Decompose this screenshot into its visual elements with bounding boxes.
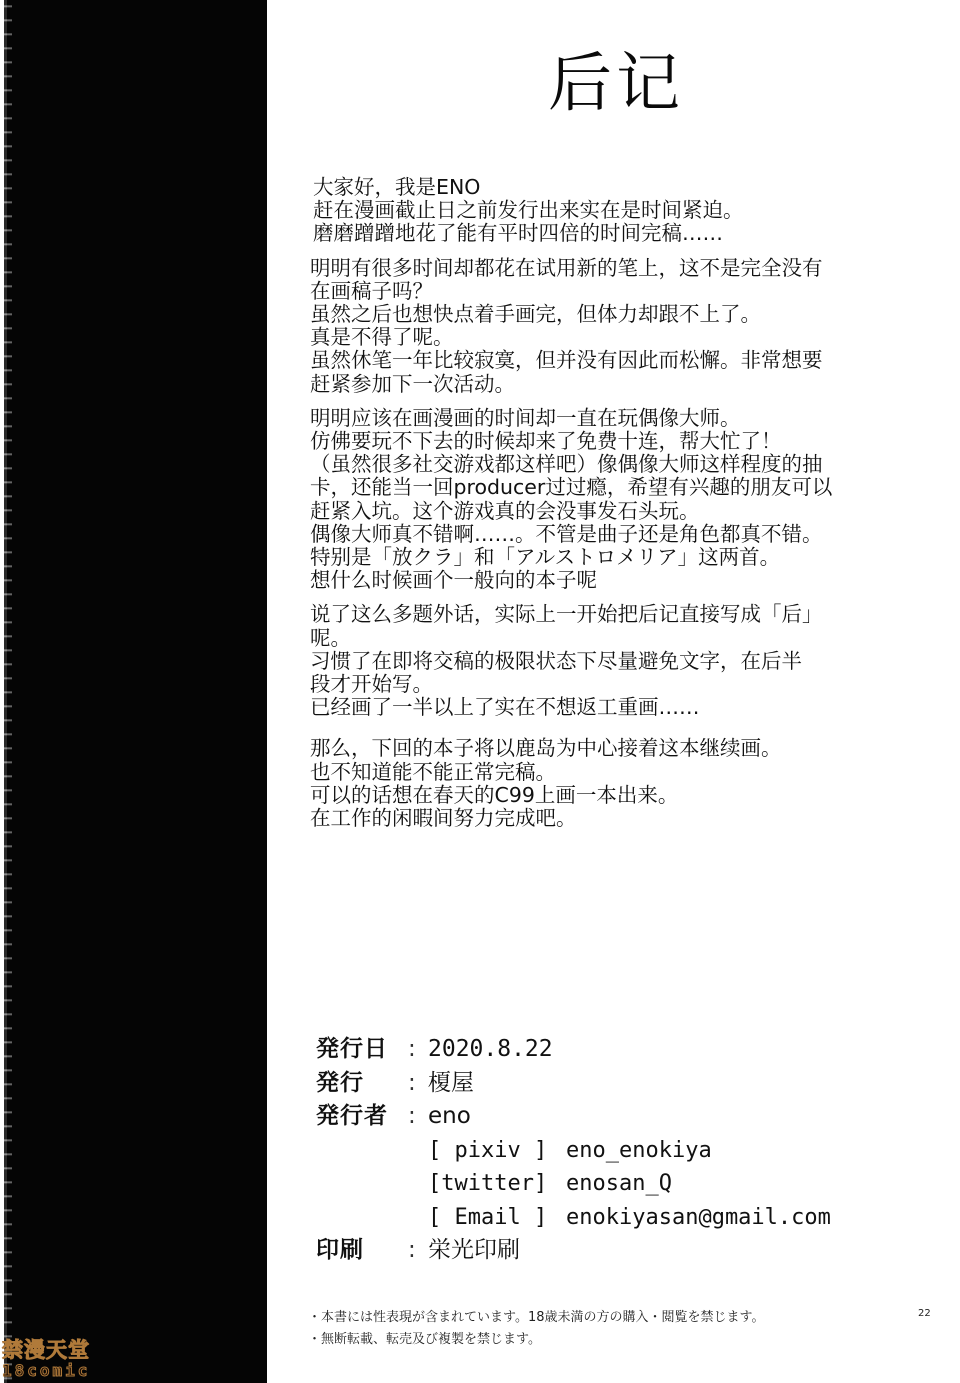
paragraph-4: 说了这么多题外话，实际上一开始把后记直接写成「后」 呢。 习惯了在即将交稿的极限… — [310, 603, 910, 719]
text-line: 赶在漫画截止日之前发行出来实在是时间紧迫。 — [313, 199, 910, 222]
publisher-label: 発行 — [316, 1067, 408, 1101]
contact-pixiv: [ pixiv ] eno_enokiya — [316, 1134, 831, 1168]
text-line: 虽然之后也想快点着手画完，但体力却跟不上了。 — [310, 303, 910, 326]
text-line: 说了这么多题外话，实际上一开始把后记直接写成「后」 — [310, 603, 910, 626]
colophon: 発行日 : 2020.8.22 発行 : 榎屋 発行者 : eno [ pixi… — [316, 1033, 831, 1268]
text-line: 明明有很多时间却都花在试用新的笔上，这不是完全没有 — [310, 257, 910, 280]
separator: : — [408, 1234, 428, 1268]
contact-key: [ Email ] — [428, 1201, 566, 1235]
publisher-value: 榎屋 — [428, 1067, 474, 1101]
text-line: （虽然很多社交游戏都这样吧）像偶像大师这样程度的抽 — [310, 453, 910, 476]
text-line: 卡，还能当一回producer过过瘾，希望有兴趣的朋友可以 — [310, 476, 910, 499]
printer-label: 印刷 — [316, 1234, 408, 1268]
colophon-publisher-row: 発行 : 榎屋 — [316, 1067, 831, 1101]
notice-no-reproduction: ・無断転載、転売及び複製を禁じます。 — [308, 1329, 764, 1351]
legal-notices: ・本書には性表現が含まれています。18歳未満の方の購入・閲覧を禁じます。 ・無断… — [308, 1307, 764, 1351]
contact-email: [ Email ] enokiyasan@gmail.com — [316, 1201, 831, 1235]
contact-key: [ pixiv ] — [428, 1134, 566, 1168]
text-line: 赶紧入坑。这个游戏真的会没事发石头玩。 — [310, 500, 910, 523]
paragraph-1: 大家好，我是ENO 赶在漫画截止日之前发行出来实在是时间紧迫。 磨磨蹭蹭地花了能… — [313, 176, 910, 246]
date-value: 2020.8.22 — [428, 1033, 553, 1067]
watermark-logo-subtext: 18comic — [2, 1362, 110, 1380]
text-line: 可以的话想在春天的C99上画一本出来。 — [310, 784, 910, 807]
scan-rough-edge — [4, 0, 12, 1383]
text-line: 段才开始写。 — [310, 673, 910, 696]
contact-value: enosan_Q — [566, 1167, 672, 1201]
contact-key: [twitter] — [428, 1167, 566, 1201]
colophon-date-row: 発行日 : 2020.8.22 — [316, 1033, 831, 1067]
text-line: 特别是「放クラ」和「アルストロメリア」这两首。 — [310, 546, 910, 569]
author-label: 発行者 — [316, 1100, 408, 1134]
text-line: 在画稿子吗？ — [310, 280, 910, 303]
text-line: 也不知道能不能正常完稿。 — [310, 761, 910, 784]
text-line: 磨磨蹭蹭地花了能有平时四倍的时间完稿…… — [313, 222, 910, 245]
paragraph-2: 明明有很多时间却都花在试用新的笔上，这不是完全没有 在画稿子吗？ 虽然之后也想快… — [310, 257, 910, 396]
paragraph-3: 明明应该在画漫画的时间却一直在玩偶像大师。 仿佛要玩不下去的时候却来了免费十连，… — [310, 407, 910, 593]
printer-value: 栄光印刷 — [428, 1234, 520, 1268]
separator: : — [408, 1033, 428, 1067]
contact-value: eno_enokiya — [566, 1134, 712, 1168]
paragraph-5: 那么，下回的本子将以鹿岛为中心接着这本继续画。 也不知道能不能正常完稿。 可以的… — [310, 737, 910, 830]
text-line: 想什么时候画个一般向的本子呢 — [310, 569, 910, 592]
afterword-body: 大家好，我是ENO 赶在漫画截止日之前发行出来实在是时间紧迫。 磨磨蹭蹭地花了能… — [310, 176, 910, 841]
page-title: 后记 — [548, 48, 684, 120]
text-line: 在工作的闲暇间努力完成吧。 — [310, 807, 910, 830]
date-label: 発行日 — [316, 1033, 408, 1067]
text-line: 已经画了一半以上了实在不想返工重画…… — [310, 696, 910, 719]
site-watermark: 禁漫天堂 18comic — [2, 1338, 110, 1383]
text-line: 习惯了在即将交稿的极限状态下尽量避免文字，在后半 — [310, 650, 910, 673]
separator: : — [408, 1067, 428, 1101]
text-line: 虽然休笔一年比较寂寞，但并没有因此而松懈。非常想要 — [310, 349, 910, 372]
text-line: 明明应该在画漫画的时间却一直在玩偶像大师。 — [310, 407, 910, 430]
colophon-author-row: 発行者 : eno — [316, 1100, 831, 1134]
notice-age-restriction: ・本書には性表現が含まれています。18歳未満の方の購入・閲覧を禁じます。 — [308, 1307, 764, 1329]
colophon-printer-row: 印刷 : 栄光印刷 — [316, 1234, 831, 1268]
text-line: 赶紧参加下一次活动。 — [310, 373, 910, 396]
separator: : — [408, 1100, 428, 1134]
author-value: eno — [428, 1100, 471, 1134]
page-number: 22 — [918, 1308, 931, 1319]
contact-twitter: [twitter] enosan_Q — [316, 1167, 831, 1201]
contact-value: enokiyasan@gmail.com — [566, 1201, 831, 1235]
text-line: 真是不得了呢。 — [310, 326, 910, 349]
text-line: 那么，下回的本子将以鹿岛为中心接着这本继续画。 — [310, 737, 910, 760]
text-line: 大家好，我是ENO — [313, 176, 910, 199]
text-line: 偶像大师真不错啊……。不管是曲子还是角色都真不错。 — [310, 523, 910, 546]
watermark-logo-text: 禁漫天堂 — [2, 1338, 110, 1362]
scan-black-band — [7, 0, 267, 1383]
text-line: 仿佛要玩不下去的时候却来了免费十连，帮大忙了！ — [310, 430, 910, 453]
text-line: 呢。 — [310, 627, 910, 650]
